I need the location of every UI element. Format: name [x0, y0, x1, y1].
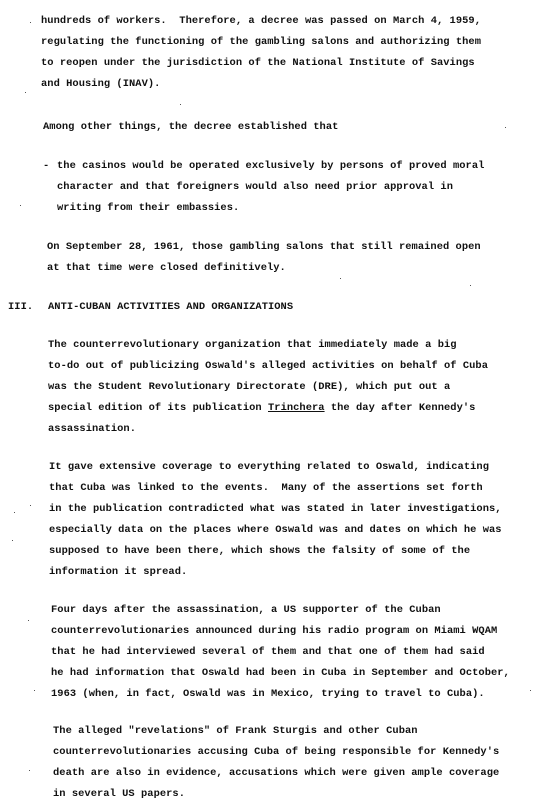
text-line: in several US papers.: [53, 788, 185, 800]
text-line: especially data on the places where Oswa…: [49, 524, 502, 536]
document-page: hundreds of workers. Therefore, a decree…: [0, 0, 541, 809]
text-line: that he had interviewed several of them …: [51, 646, 485, 658]
section-number: III.: [8, 301, 33, 313]
text-line: in the publication contradicted what was…: [49, 503, 502, 515]
text-line: to-do out of publicizing Oswald's allege…: [48, 360, 488, 372]
text-line: he had information that Oswald had been …: [51, 667, 510, 679]
text-line: special edition of its publication Trinc…: [48, 402, 475, 414]
text-line: and Housing (INAV).: [41, 78, 160, 90]
text-line: to reopen under the jurisdiction of the …: [41, 57, 475, 69]
publication-title-trinchera: Trinchera: [268, 402, 325, 414]
section-title: ANTI-CUBAN ACTIVITIES AND ORGANIZATIONS: [48, 301, 293, 313]
bullet-dash: -: [43, 160, 49, 172]
text-line: Four days after the assassination, a US …: [51, 604, 441, 616]
text-line: at that time were closed definitively.: [47, 262, 286, 274]
text-line: counterrevolutionaries announced during …: [51, 625, 497, 637]
text-line: information it spread.: [49, 566, 187, 578]
text-line: that Cuba was linked to the events. Many…: [49, 482, 483, 494]
text-segment: the day after Kennedy's: [325, 402, 476, 414]
text-line: character and that foreigners would also…: [57, 181, 453, 193]
text-line: On September 28, 1961, those gambling sa…: [47, 241, 481, 253]
text-line: The alleged "revelations" of Frank Sturg…: [53, 725, 418, 737]
text-segment: special edition of its publication: [48, 402, 268, 414]
text-line: supposed to have been there, which shows…: [49, 545, 470, 557]
text-line: Among other things, the decree establish…: [43, 121, 338, 133]
text-line: assassination.: [48, 423, 136, 435]
text-line: 1963 (when, in fact, Oswald was in Mexic…: [51, 688, 485, 700]
text-line: writing from their embassies.: [57, 202, 239, 214]
text-line: death are also in evidence, accusations …: [53, 767, 499, 779]
text-line: regulating the functioning of the gambli…: [41, 36, 481, 48]
text-line: hundreds of workers. Therefore, a decree…: [41, 15, 481, 27]
text-line: The counterrevolutionary organization th…: [48, 339, 457, 351]
text-line: the casinos would be operated exclusivel…: [57, 160, 484, 172]
text-line: counterrevolutionaries accusing Cuba of …: [53, 746, 499, 758]
text-line: was the Student Revolutionary Directorat…: [48, 381, 450, 393]
text-line: It gave extensive coverage to everything…: [49, 461, 489, 473]
